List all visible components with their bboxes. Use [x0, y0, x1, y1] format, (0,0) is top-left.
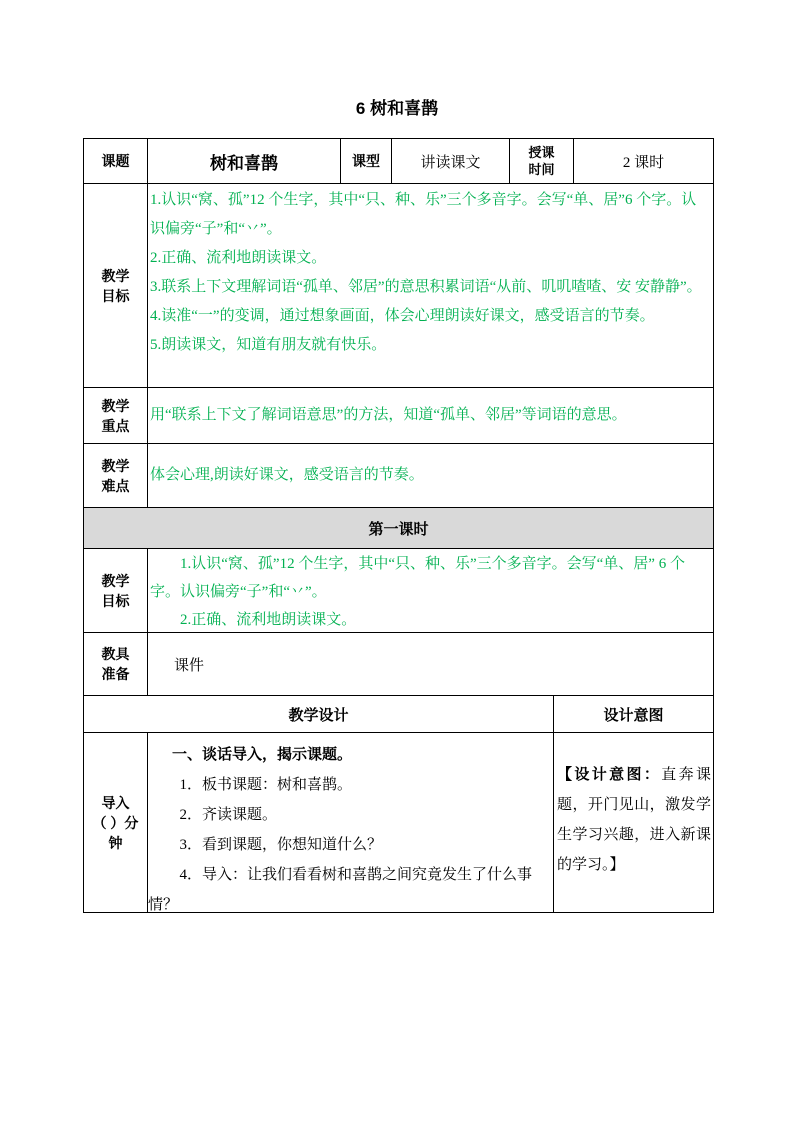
aids-label-line1: 教具	[102, 644, 130, 664]
session-goals-content: 1.认识“窝、孤”12 个生字，其中“只、种、乐”三个多音字。会写“单、居” 6…	[148, 549, 713, 632]
time-value: 2 课时	[574, 139, 713, 183]
intro-steps: 一、谈话导入，揭示课题。 1．板书课题：树和喜鹊。 2．齐读课题。 3．看到课题…	[148, 733, 554, 912]
goal-item: 4.读准“一”的变调，通过想象画面，体会心理朗读好课文，感受语言的节奏。	[150, 302, 710, 331]
difficulty-content: 体会心理,朗读好课文，感受语言的节奏。	[148, 444, 713, 507]
session-goals-label: 教学 目标	[84, 549, 148, 632]
aids-content: 课件	[148, 633, 713, 695]
goal-item: 5.朗读课文，知道有朋友就有快乐。	[150, 331, 710, 360]
difficulty-label-line1: 教学	[102, 456, 130, 476]
page-title: 6 树和喜鹊	[0, 0, 794, 120]
intro-heading: 一、谈话导入，揭示课题。	[148, 740, 551, 770]
aids-text: 课件	[174, 654, 204, 675]
key-point-text: 用“联系上下文了解词语意思”的方法，知道“孤单、邻居”等词语的意思。	[150, 405, 627, 426]
difficulty-row: 教学 难点 体会心理,朗读好课文，感受语言的节奏。	[84, 444, 713, 508]
key-point-content: 用“联系上下文了解词语意思”的方法，知道“孤单、邻居”等词语的意思。	[148, 388, 713, 443]
design-intent-label: 【设计意图：	[557, 766, 661, 783]
info-row: 课题 树和喜鹊 课型 讲读课文 授课 时间 2 课时	[84, 139, 713, 184]
key-point-label-line1: 教学	[102, 396, 130, 416]
session-goals-row: 教学 目标 1.认识“窝、孤”12 个生字，其中“只、种、乐”三个多音字。会写“…	[84, 549, 713, 633]
difficulty-text: 体会心理,朗读好课文，感受语言的节奏。	[150, 465, 424, 486]
design-intent-paragraph: 【设计意图：直奔课题，开门见山，激发学生学习兴趣，进入新课的学习。】	[557, 760, 711, 880]
type-value-text: 讲读课文	[420, 151, 480, 172]
intro-step: 2．齐读课题。	[148, 800, 551, 830]
time-label-line2: 时间	[528, 161, 554, 178]
goals-label: 教学 目标	[84, 184, 148, 387]
topic-label-text: 课题	[102, 151, 130, 171]
design-right-header: 设计意图	[554, 696, 713, 732]
time-label-line1: 授课	[528, 144, 554, 161]
session-goals-label-line1: 教学	[102, 571, 130, 591]
goals-label-line2: 目标	[102, 286, 130, 306]
type-label-text: 课型	[352, 151, 380, 171]
goal-item: 3.联系上下文理解词语“孤单、邻居”的意思积累词语“从前、叽叽喳喳、安 安静静”…	[150, 273, 710, 302]
aids-row: 教具 准备 课件	[84, 633, 713, 696]
goal-item: 1.认识“窝、孤”12 个生字，其中“只、种、乐”三个多音字。会写“单、居”6 …	[150, 186, 710, 244]
intro-label-line2: （ ）分	[93, 813, 139, 833]
session-goals-label-line2: 目标	[102, 591, 130, 611]
goals-content: 1.认识“窝、孤”12 个生字，其中“只、种、乐”三个多音字。会写“单、居”6 …	[148, 184, 713, 387]
key-point-label: 教学 重点	[84, 388, 148, 443]
time-label: 授课 时间	[510, 139, 574, 183]
type-label: 课型	[341, 139, 392, 183]
intro-label: 导入 （ ）分 钟	[84, 733, 148, 912]
design-left-header: 教学设计	[84, 696, 554, 732]
intro-label-line1: 导入	[102, 793, 130, 813]
lesson-plan-table: 课题 树和喜鹊 课型 讲读课文 授课 时间 2 课时 教学 目标	[83, 138, 714, 913]
intro-row: 导入 （ ）分 钟 一、谈话导入，揭示课题。 1．板书课题：树和喜鹊。 2．齐读…	[84, 733, 713, 912]
intro-step: 3．看到课题，你想知道什么？	[148, 830, 551, 860]
key-point-label-line2: 重点	[102, 416, 130, 436]
session-banner-row: 第一课时	[84, 508, 713, 549]
aids-label: 教具 准备	[84, 633, 148, 695]
difficulty-label-line2: 难点	[102, 476, 130, 496]
type-value: 讲读课文	[392, 139, 510, 183]
topic-label: 课题	[84, 139, 148, 183]
lesson-plan-page: 6 树和喜鹊 课题 树和喜鹊 课型 讲读课文 授课 时间 2 课时	[0, 0, 794, 1123]
design-intent: 【设计意图：直奔课题，开门见山，激发学生学习兴趣，进入新课的学习。】	[554, 733, 713, 912]
intro-step: 1．板书课题：树和喜鹊。	[148, 770, 551, 800]
session-goal-item: 2.正确、流利地朗读课文。	[150, 606, 710, 632]
topic-value-text: 树和喜鹊	[210, 149, 278, 174]
goals-label-line1: 教学	[102, 266, 130, 286]
intro-label-line3: 钟	[109, 833, 123, 853]
time-value-text: 2 课时	[623, 151, 664, 172]
difficulty-label: 教学 难点	[84, 444, 148, 507]
goal-item: 2.正确、流利地朗读课文。	[150, 244, 710, 273]
design-header-row: 教学设计 设计意图	[84, 696, 713, 733]
goals-row: 教学 目标 1.认识“窝、孤”12 个生字，其中“只、种、乐”三个多音字。会写“…	[84, 184, 713, 388]
topic-value: 树和喜鹊	[148, 139, 341, 183]
session-banner: 第一课时	[84, 508, 713, 548]
key-point-row: 教学 重点 用“联系上下文了解词语意思”的方法，知道“孤单、邻居”等词语的意思。	[84, 388, 713, 444]
session-goal-item: 1.认识“窝、孤”12 个生字，其中“只、种、乐”三个多音字。会写“单、居” 6…	[150, 550, 710, 606]
intro-step: 4．导入：让我们看看树和喜鹊之间究竟发生了什么事情？	[148, 860, 551, 912]
aids-label-line2: 准备	[102, 664, 130, 684]
